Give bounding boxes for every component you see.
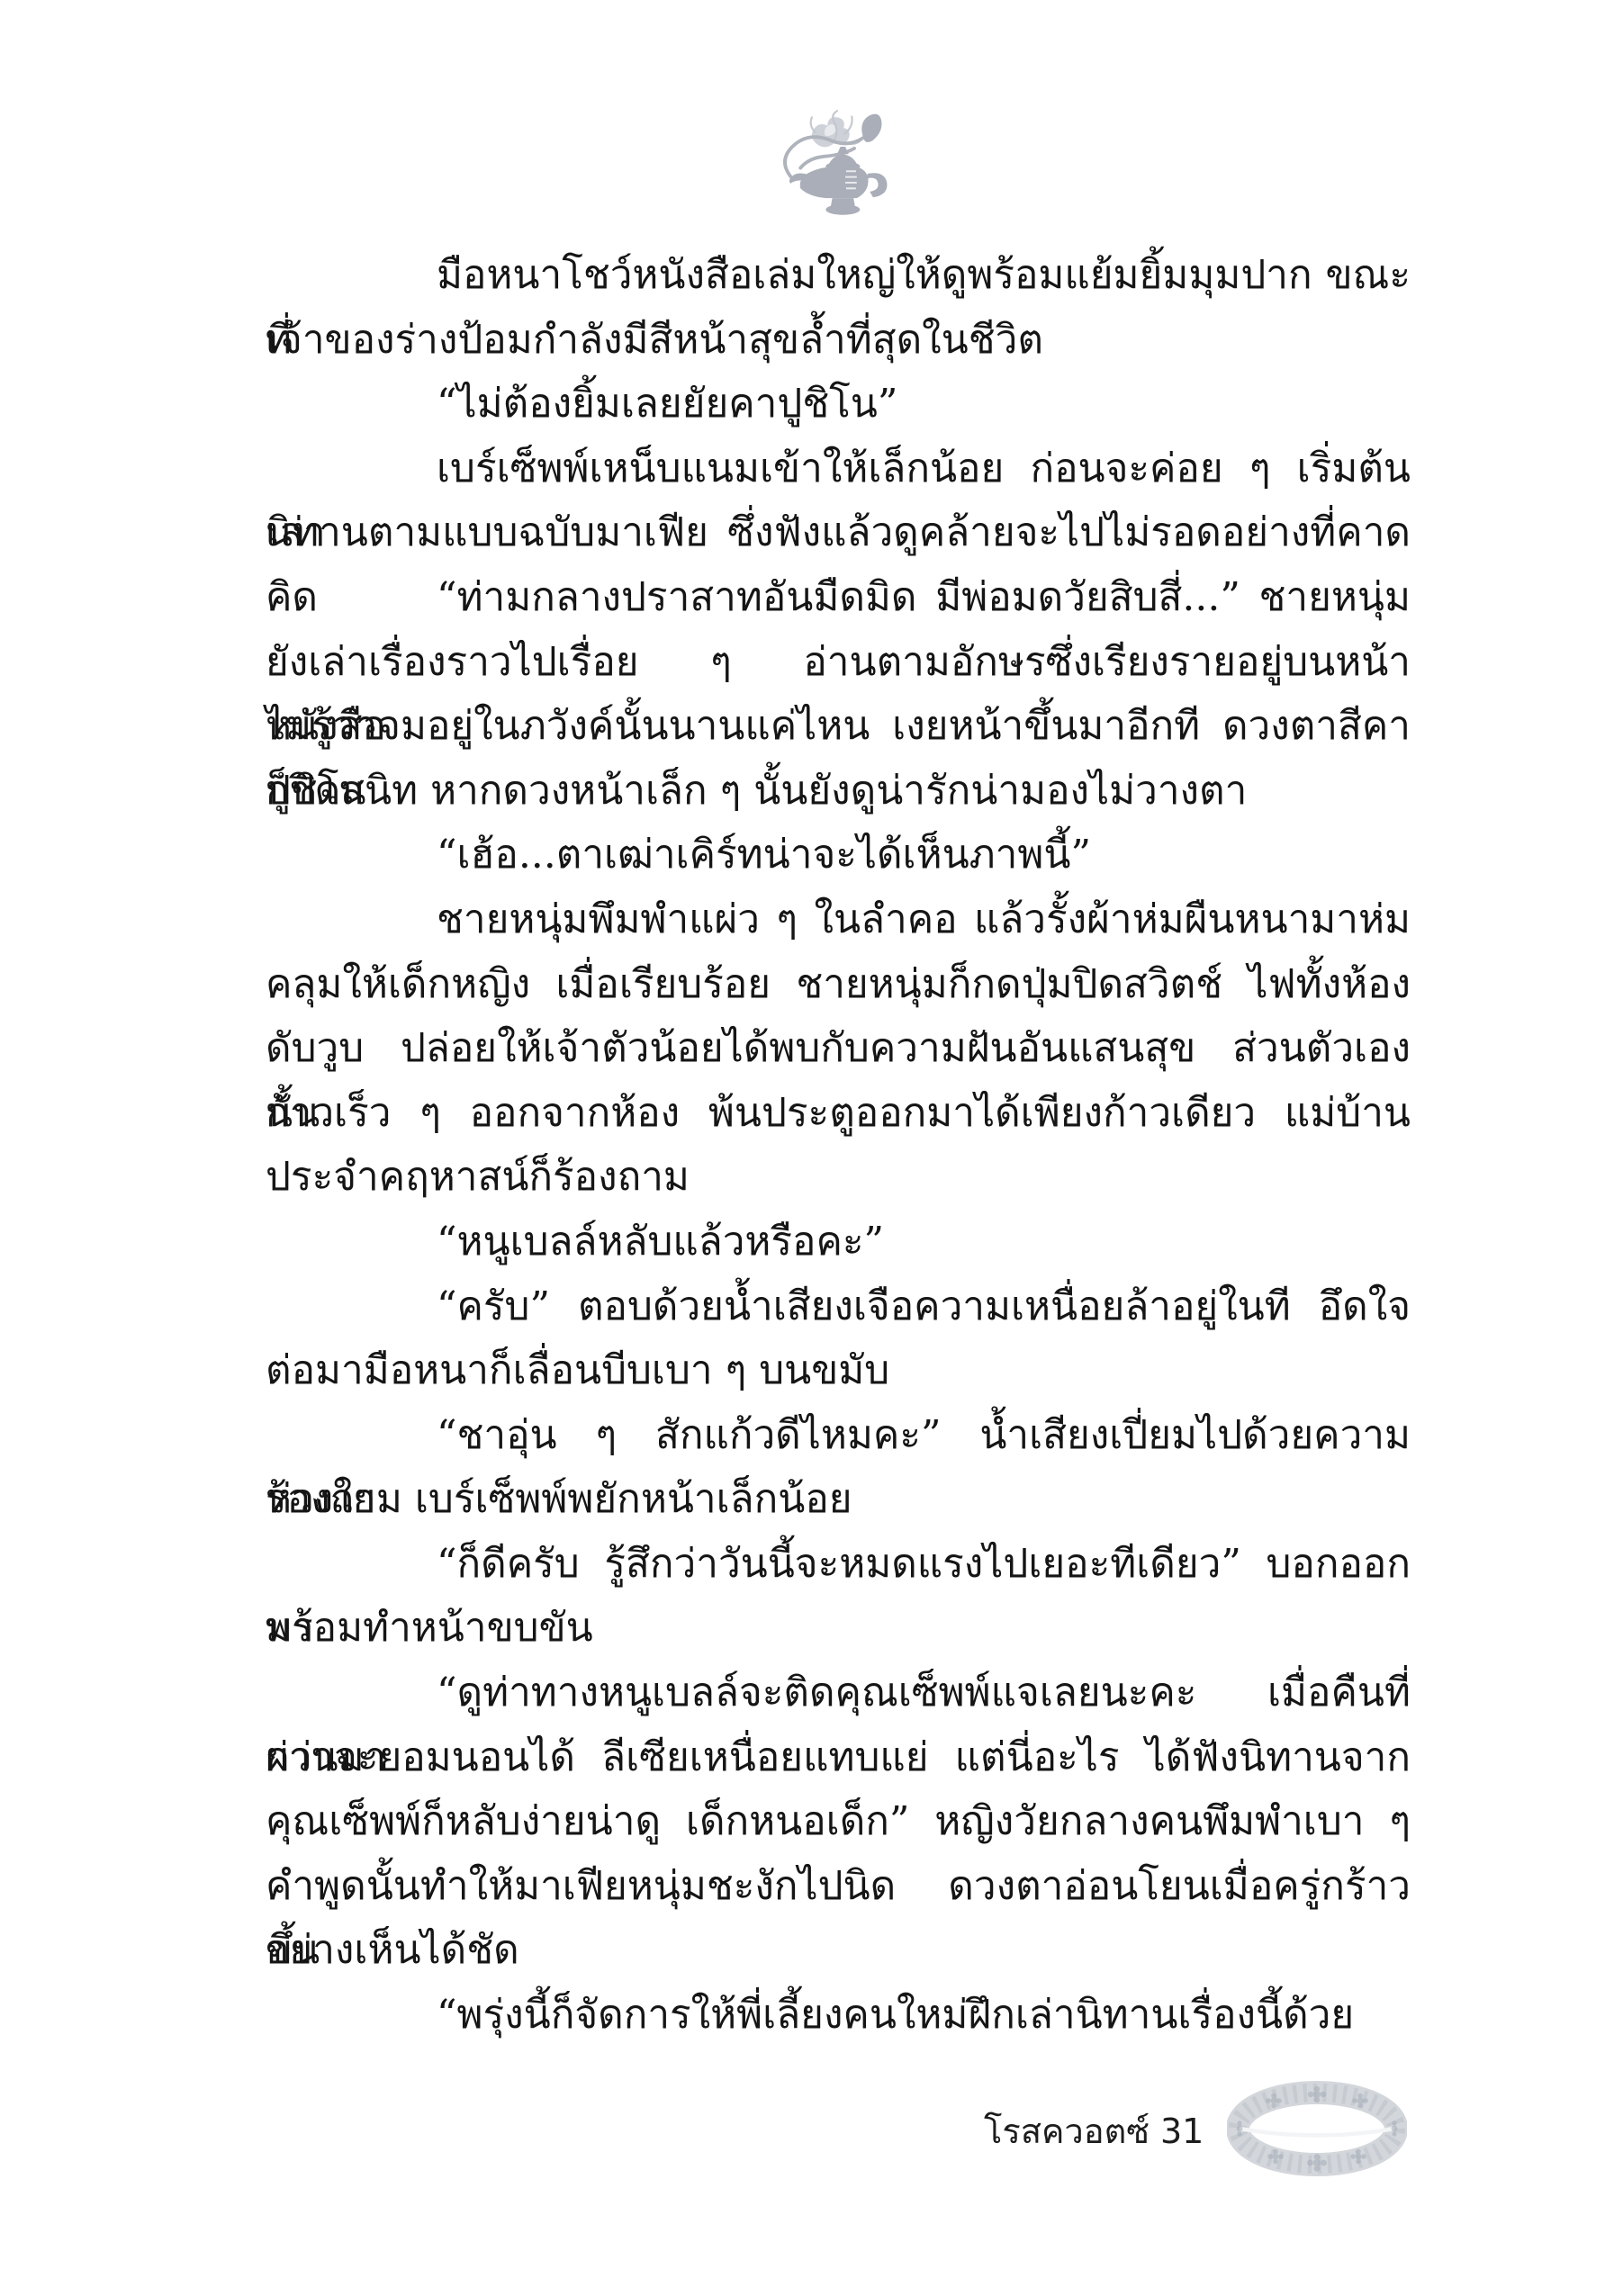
text-line: “หนูเบลล์หลับแล้วหรือคะ” <box>266 1210 1411 1274</box>
text-line: “พรุ่งนี้ก็จัดการให้พี่เลี้ยงคนใหม่ฝึกเล… <box>266 1983 1411 2048</box>
text-line: “ครับ” ตอบด้วยน้ำเสียงเจือความเหนื่อยล้า… <box>266 1274 1411 1339</box>
text-line: กว่าจะยอมนอนได้ ลีเซียเหนื่อยแทบแย่ แต่น… <box>266 1725 1411 1790</box>
text-line: อย่างเห็นได้ชัด <box>266 1918 1411 1983</box>
text-line: “ไม่ต้องยิ้มเลยยัยคาปูชิโน” <box>266 372 1411 437</box>
text-line: คำพูดนั้นทำให้มาเฟียหนุ่มชะงักไปนิด ดวงต… <box>266 1854 1411 1919</box>
text-line: นิทานตามแบบฉบับมาเฟีย ซึ่งฟังแล้วดูคล้าย… <box>266 500 1411 565</box>
text-line: ยังเล่าเรื่องราวไปเรื่อย ๆ อ่านตามอักษรซ… <box>266 630 1411 695</box>
text-line: ประจำคฤหาสน์ก็ร้องถาม <box>266 1145 1411 1210</box>
text-line: “ก็ดีครับ รู้สึกว่าวันนี้จะหมดแรงไปเยอะท… <box>266 1532 1411 1597</box>
text-line: “ชาอุ่น ๆ สักแก้วดีไหมคะ” น้ำเสียงเปี่ยม… <box>266 1403 1411 1468</box>
text-line: ชายหนุ่มพึมพำแผ่ว ๆ ในลำคอ แล้วรั้งผ้าห่… <box>266 887 1411 952</box>
text-line: ดับวูบ ปล่อยให้เจ้าตัวน้อยได้พบกับความฝั… <box>266 1016 1411 1081</box>
page-number: 31 <box>1160 2107 1204 2156</box>
text-line: พร้อมทำหน้าขบขัน <box>266 1596 1411 1661</box>
text-line: ไม่รู้ว่าจมอยู่ในภวังค์นั้นนานแค่ไหน เงย… <box>266 694 1411 759</box>
book-title: โรสควอตซ์ <box>984 2107 1150 2156</box>
text-line: มือหนาโชว์หนังสือเล่มใหญ่ให้ดูพร้อมแย้มย… <box>266 243 1411 308</box>
text-line: เจ้าของร่างป้อมกำลังมีสีหน้าสุขล้ำที่สุด… <box>266 308 1411 373</box>
filigree-ring-band-image <box>1227 2081 1407 2178</box>
text-line: ต่อมามือหนาก็เลื่อนบีบเบา ๆ บนขมับ <box>266 1338 1411 1403</box>
book-page: มือหนาโชว์หนังสือเล่มใหญ่ให้ดูพร้อมแย้มย… <box>0 0 1605 2296</box>
text-line: “ท่ามกลางปราสาทอันมืดมิด มีพ่อมดวัยสิบสี… <box>266 565 1411 630</box>
page-text: มือหนาโชว์หนังสือเล่มใหญ่ให้ดูพร้อมแย้มย… <box>266 243 1411 2048</box>
text-line: ร้องถาม เบร์เซ็พพ์พยักหน้าเล็กน้อย <box>266 1467 1411 1532</box>
text-line: “เฮ้อ...ตาเฒ่าเคิร์ทน่าจะได้เห็นภาพนี้” <box>266 823 1411 887</box>
genie-lamp-with-steam-icon <box>776 104 898 225</box>
text-line: ก้าวเร็ว ๆ ออกจากห้อง พ้นประตูออกมาได้เพ… <box>266 1081 1411 1146</box>
text-line: “ดูท่าทางหนูเบลล์จะติดคุณเซ็พพ์แจเลยนะคะ… <box>266 1661 1411 1725</box>
text-line: ก็ปิดสนิท หากดวงหน้าเล็ก ๆ นั้นยังดูน่าร… <box>266 759 1411 824</box>
text-line: คลุมให้เด็กหญิง เมื่อเรียบร้อย ชายหนุ่มก… <box>266 952 1411 1017</box>
text-line: คุณเซ็พพ์ก็หลับง่ายน่าดู เด็กหนอเด็ก” หญ… <box>266 1789 1411 1854</box>
text-line: เบร์เซ็พพ์เหน็บแนมเข้าให้เล็กน้อย ก่อนจะ… <box>266 437 1411 501</box>
